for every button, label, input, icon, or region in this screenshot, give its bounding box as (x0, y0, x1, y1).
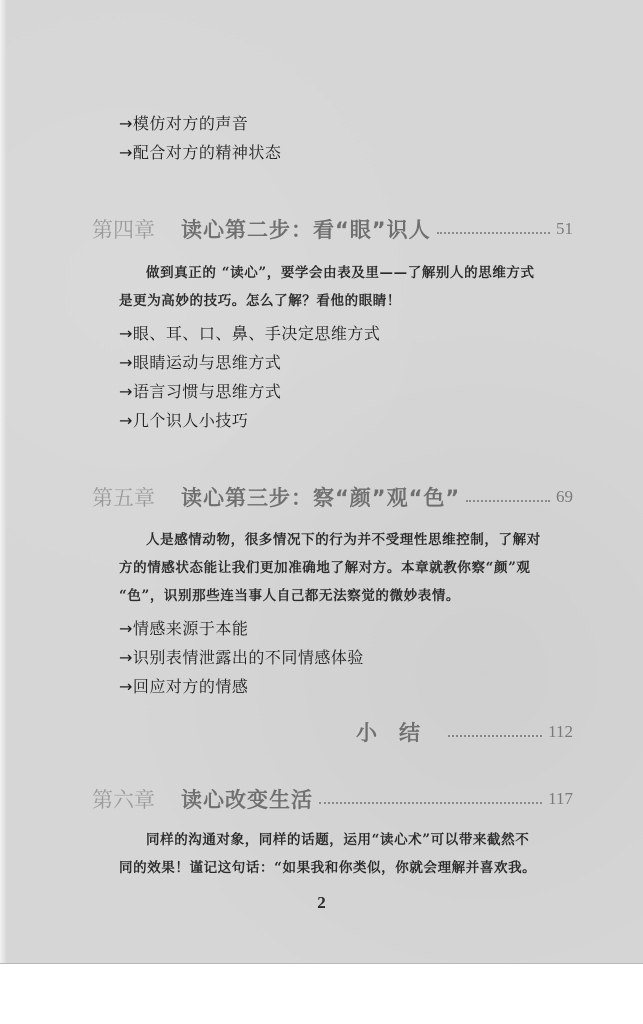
leader-dots (319, 802, 542, 804)
description-line: 方的情感状态能让我们更加准确地了解对方。本章就教你察“颜”观 (119, 560, 531, 576)
description-line: 同的效果！谨记这句话：“如果我和你类似，你就会理解并喜欢我。 (119, 860, 536, 876)
chapter-description: 人是感情动物，很多情况下的行为并不受理性思维控制，了解对 方的情感状态能让我们更… (119, 526, 559, 610)
toc-chapter-4[interactable]: 第四章 读心第二步：看“眼”识人 51 (92, 212, 573, 246)
leader-dots (448, 735, 542, 737)
chapter-title: 读心第三步：察“颜”观“色” (181, 482, 460, 512)
leader-dots (466, 500, 550, 502)
chapter-description: 做到真正的 “读心”，要学会由表及里——了解别人的思维方式 是更为高妙的技巧。怎… (119, 259, 559, 315)
toc-subitem: →模仿对方的声音 (119, 111, 248, 134)
chapter-number: 第四章 (92, 214, 155, 244)
toc-subitem: →配合对方的精神状态 (119, 140, 281, 163)
summary-page-number: 112 (548, 722, 573, 742)
chapter-title: 读心改变生活 (181, 784, 313, 814)
document-page: →模仿对方的声音 →配合对方的精神状态 第四章 读心第二步：看“眼”识人 51 … (0, 0, 643, 964)
toc-subitem: →语言习惯与思维方式 (119, 379, 281, 402)
chapter-page-number: 117 (548, 789, 573, 809)
toc-summary[interactable]: 小结 112 (356, 715, 573, 749)
chapter-page-number: 51 (556, 219, 573, 239)
chapter-page-number: 69 (556, 487, 573, 507)
description-line: 是更为高妙的技巧。怎么了解？看他的眼睛！ (119, 293, 401, 309)
leader-dots (437, 232, 550, 234)
toc-subitem: →眼、耳、口、鼻、手决定思维方式 (119, 321, 380, 344)
description-line: 同样的沟通对象，同样的话题，运用“读心术”可以带来截然不 (146, 832, 529, 848)
description-line: 做到真正的 “读心”，要学会由表及里——了解别人的思维方式 (146, 265, 535, 281)
description-line: 人是感情动物，很多情况下的行为并不受理性思维控制，了解对 (146, 532, 541, 548)
chapter-description: 同样的沟通对象，同样的话题，运用“读心术”可以带来截然不 同的效果！谨记这句话：… (119, 826, 559, 882)
chapter-number: 第五章 (92, 482, 155, 512)
toc-chapter-5[interactable]: 第五章 读心第三步：察“颜”观“色” 69 (92, 480, 573, 514)
toc-subitem: →回应对方的情感 (119, 674, 248, 697)
toc-chapter-6[interactable]: 第六章 读心改变生活 117 (92, 782, 573, 816)
toc-subitem: →几个识人小技巧 (119, 408, 248, 431)
toc-subitem: →眼睛运动与思维方式 (119, 350, 281, 373)
page-edge (0, 0, 6, 963)
toc-subitem: →识别表情泄露出的不同情感体验 (119, 645, 364, 668)
chapter-number: 第六章 (92, 784, 155, 814)
description-line: “色”，识别那些连当事人自己都无法察觉的微妙表情。 (119, 588, 460, 604)
page-number: 2 (0, 893, 643, 913)
toc-subitem: →情感来源于本能 (119, 616, 248, 639)
chapter-title: 读心第二步：看“眼”识人 (181, 214, 431, 244)
summary-title: 小结 (356, 717, 442, 747)
